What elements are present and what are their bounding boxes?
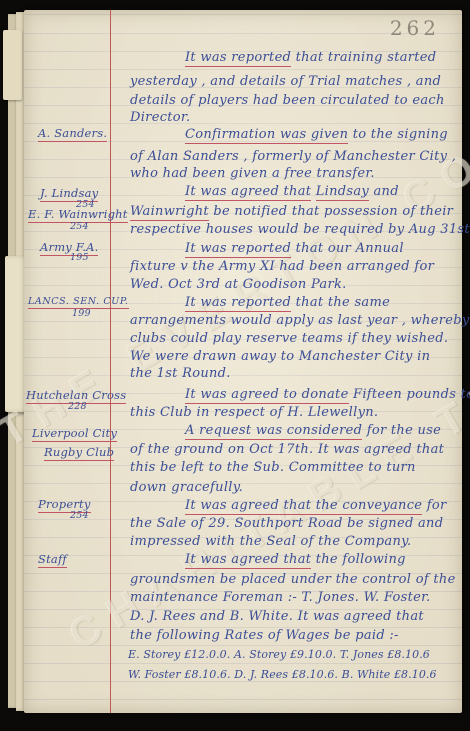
body-line: the following Rates of Wages be paid :- [130,628,399,644]
margin-page-reference: 254 [70,510,89,521]
phrase: the 1st Round. [130,366,231,381]
phrase: to the signing [348,127,448,142]
margin-page-reference: 228 [68,401,87,412]
minute-book-photo: THE EVERTON COLLECTION CHARITABLE TRUST … [0,0,470,731]
phrase: Fifteen pounds to [349,387,470,402]
underlined-phrase: It was agreed that [185,552,311,569]
body-line: arrangements would apply as last year , … [130,313,469,329]
phrase: this be left to the Sub. Committee to tu… [130,460,416,475]
phrase: details of players had been circulated t… [130,93,445,108]
body-line: Wed. Oct 3rd at Goodison Park. [130,277,347,293]
phrase: and [369,184,399,199]
body-line: It was agreed that Lindsay and [185,184,399,200]
phrase: E. Storey £12.0.0. A. Storey £9.10.0. T.… [128,648,430,661]
underlined-phrase: It was agreed that the conveyance [185,498,422,515]
body-line: the Sale of 29. Southport Road be signed… [130,516,443,532]
phrase: for the use [362,423,441,438]
underlined-phrase: Lindsay [316,184,369,201]
phrase: that the same [291,295,390,310]
body-line: We were drawn away to Manchester City in [130,349,430,365]
underlined-phrase: Wainwright [130,204,209,221]
phrase: Director. [130,110,190,125]
underlined-phrase: It was reported [185,241,291,258]
phrase: maintenance Foreman :- T. Jones. W. Fost… [130,590,431,605]
body-line: It was reported that training started [185,50,436,66]
body-line: clubs could play reserve teams if they w… [130,331,448,347]
body-line: Wainwright be notified that possession o… [130,204,453,220]
body-line: maintenance Foreman :- T. Jones. W. Fost… [130,590,431,606]
body-line: D. J. Rees and B. White. It was agreed t… [130,609,424,625]
body-line: It was agreed that the conveyance for [185,498,446,514]
body-line: A request was considered for the use [185,423,441,439]
body-line: Director. [130,110,190,126]
phrase: be notified that possession of their [209,204,453,219]
phrase: fixture v the Army XI had been arranged … [130,259,434,274]
phrase: the following [311,552,406,567]
body-line: W. Foster £8.10.6. D. J. Rees £8.10.6. B… [128,667,437,683]
margin-page-reference: 195 [70,252,89,263]
body-line: It was reported that the same [185,295,390,311]
margin-heading: A. Sanders. [38,126,107,142]
body-line: of Alan Sanders , formerly of Manchester… [130,149,456,165]
underlined-phrase: It was reported [185,50,291,67]
margin-heading: Staff [38,552,67,568]
underlined-phrase: It was reported [185,295,291,312]
body-line: It was agreed to donate Fifteen pounds t… [185,387,470,403]
phrase: arrangements would apply as last year , … [130,313,469,328]
margin-heading: Rugby Club [44,445,114,461]
phrase: respective houses would be required by A… [130,222,470,237]
body-line: E. Storey £12.0.0. A. Storey £9.10.0. T.… [128,647,430,663]
body-line: down gracefully. [130,480,243,496]
body-line: impressed with the Seal of the Company. [130,534,411,550]
body-line: fixture v the Army XI had been arranged … [130,259,434,275]
ledger-margin-rule [110,10,111,713]
phrase: down gracefully. [130,480,243,495]
body-line: of the ground on Oct 17th. It was agreed… [130,442,444,458]
phrase: that our Annual [291,241,404,256]
phrase: of the ground on Oct 17th. It was agreed… [130,442,444,457]
phrase: who had been given a free transfer. [130,166,375,181]
body-line: groundsmen be placed under the control o… [130,572,456,588]
body-line: this Club in respect of H. Llewellyn. [130,405,378,421]
phrase: clubs could play reserve teams if they w… [130,331,448,346]
body-line: yesterday , and details of Trial matches… [130,74,441,90]
phrase: groundsmen be placed under the control o… [130,572,456,587]
underlined-phrase: A request was considered [185,423,362,440]
body-line: this be left to the Sub. Committee to tu… [130,460,416,476]
phrase: Wed. Oct 3rd at Goodison Park. [130,277,347,292]
phrase: W. Foster £8.10.6. D. J. Rees £8.10.6. B… [128,668,437,681]
phrase: D. J. Rees and B. White. It was agreed t… [130,609,424,624]
underlined-phrase: Confirmation was given [185,127,348,144]
phrase: the Sale of 29. Southport Road be signed… [130,516,443,531]
folio-number-stamp: 262 [390,16,440,40]
body-line: the 1st Round. [130,366,231,382]
body-line: It was reported that our Annual [185,241,404,257]
phrase: impressed with the Seal of the Company. [130,534,411,549]
phrase: We were drawn away to Manchester City in [130,349,430,364]
body-line: Confirmation was given to the signing [185,127,448,143]
phrase: this Club in respect of H. Llewellyn. [130,405,378,420]
phrase: that training started [291,50,436,65]
body-line: It was agreed that the following [185,552,406,568]
body-line: respective houses would be required by A… [130,222,470,238]
margin-page-reference: 254 [70,221,89,232]
body-line: who had been given a free transfer. [130,166,375,182]
underlined-phrase: It was agreed to donate [185,387,349,404]
book-edge-tab [3,30,22,100]
body-line: details of players had been circulated t… [130,93,445,109]
underlined-phrase: It was agreed that [185,184,311,201]
phrase: for [422,498,446,513]
phrase: yesterday , and details of Trial matches… [130,74,441,89]
margin-page-reference: 199 [72,308,91,319]
margin-heading: Liverpool City [32,426,117,442]
phrase: of Alan Sanders , formerly of Manchester… [130,149,456,164]
phrase: the following Rates of Wages be paid :- [130,628,399,643]
